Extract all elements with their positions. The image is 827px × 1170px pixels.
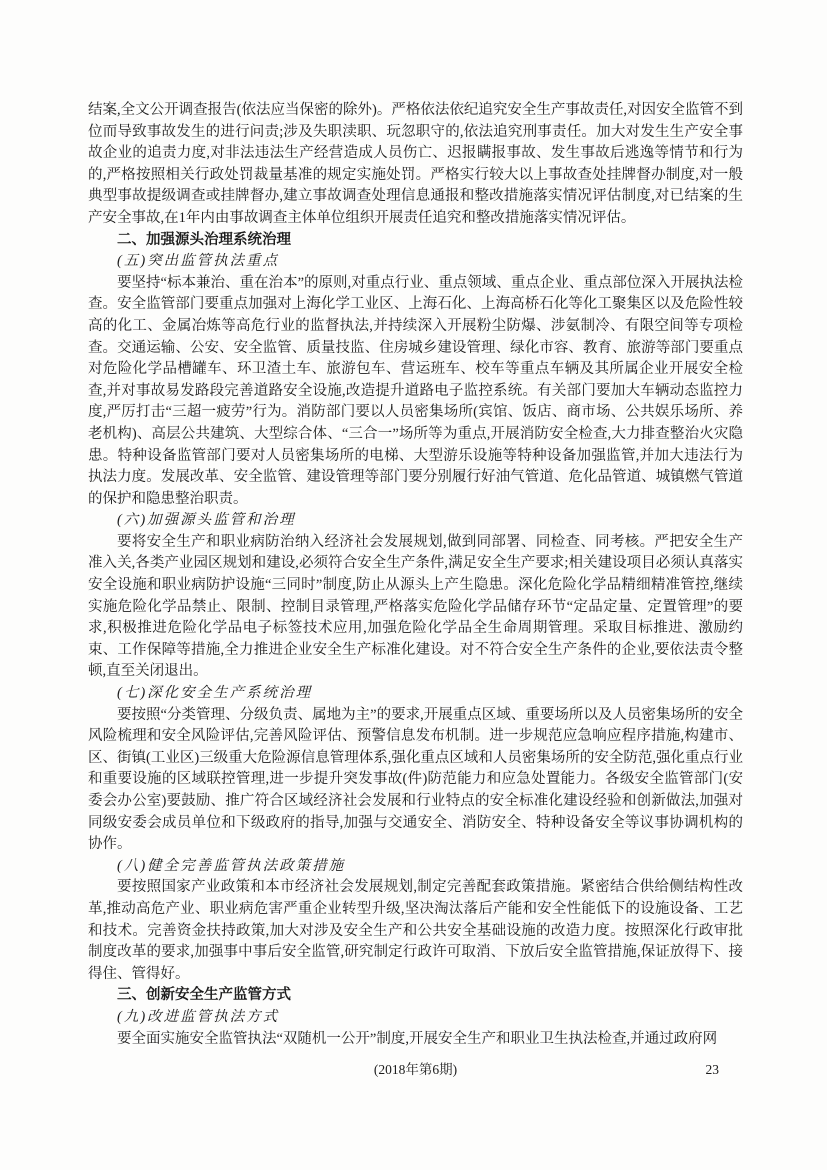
page-footer: (2018年第6期) 23 (88, 1058, 743, 1082)
clause-heading: (七)深化安全生产系统治理 (88, 683, 743, 705)
issue-label: (2018年第6期) (88, 1058, 743, 1082)
body-paragraph: 要坚持“标本兼治、重在治本”的原则,对重点行业、重点领域、重点企业、重点部位深入… (88, 273, 743, 511)
section-heading: 二、加强源头治理系统治理 (88, 230, 743, 252)
body-paragraph: 要按照“分类管理、分级负责、属地为主”的要求,开展重点区域、重要场所以及人员密集… (88, 705, 743, 856)
clause-heading: (五)突出监管执法重点 (88, 251, 743, 273)
body-paragraph: 要按照国家产业政策和本市经济社会发展规划,制定完善配套政策措施。紧密结合供给侧结… (88, 877, 743, 985)
clause-heading: (八)健全完善监管执法政策措施 (88, 856, 743, 878)
page-number: 23 (706, 1058, 720, 1082)
clause-heading: (六)加强源头监管和治理 (88, 510, 743, 532)
document-page: 结案,全文公开调查报告(依法应当保密的除外)。严格依法依纪追究安全生产事故责任,… (0, 0, 827, 1170)
body-paragraph: 要将安全生产和职业病防治纳入经济社会发展规划,做到同部署、同检查、同考核。严把安… (88, 532, 743, 683)
section-heading: 三、创新安全生产监管方式 (88, 985, 743, 1007)
document-text-block: 结案,全文公开调查报告(依法应当保密的除外)。严格依法依纪追究安全生产事故责任,… (88, 100, 743, 1050)
body-paragraph: 要全面实施安全监管执法“双随机一公开”制度,开展安全生产和职业卫生执法检查,并通… (88, 1029, 743, 1051)
body-paragraph: 结案,全文公开调查报告(依法应当保密的除外)。严格依法依纪追究安全生产事故责任,… (88, 100, 743, 230)
clause-heading: (九)改进监管执法方式 (88, 1007, 743, 1029)
